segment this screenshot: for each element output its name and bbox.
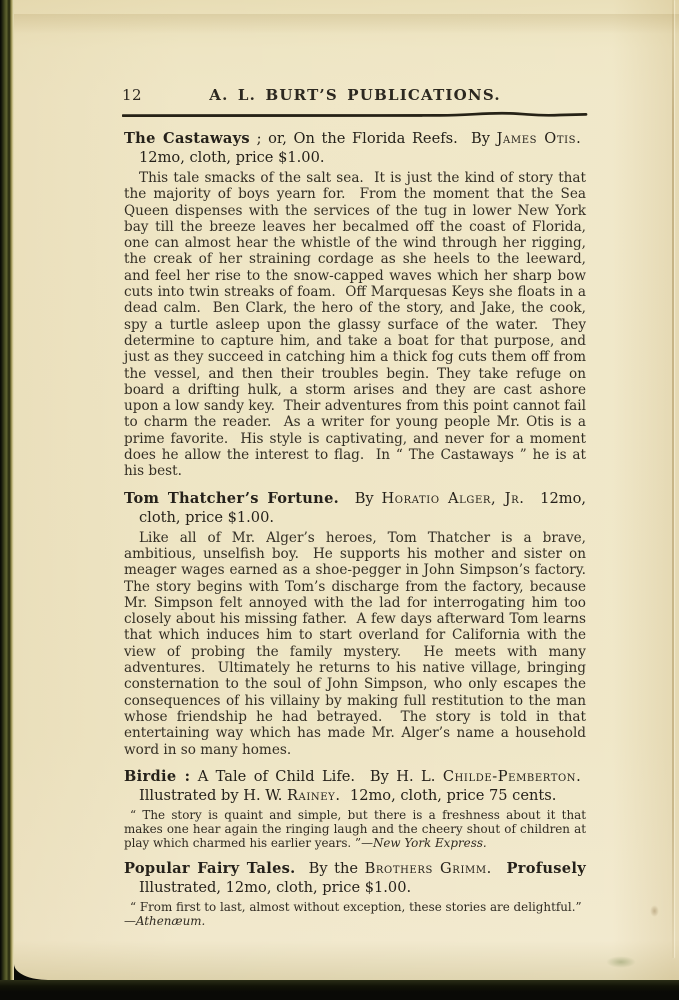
title-segment: Popular Fairy Tales. (124, 860, 296, 877)
title-segment: The Castaways (124, 130, 250, 147)
page-fold-line (672, 0, 674, 958)
title-segment: Profusely (492, 860, 586, 877)
title-segment: Illustrated, 12mo, cloth, price $1.00. (139, 879, 411, 896)
review-attribution: —New York Express. (361, 836, 487, 850)
title-segment: Tom Thatcher’s Fortune. (124, 490, 339, 507)
page-content: 12 A. L. BURT’S PUBLICATIONS. The Castaw… (124, 86, 586, 928)
title-segment: Rainey. (287, 787, 341, 804)
book-description: This tale smacks of the salt sea. It is … (124, 170, 586, 480)
title-segment: Horatio Alger, Jr. (381, 490, 524, 507)
book-title: Popular Fairy Tales. By the Brothers Gri… (124, 859, 586, 897)
review-quote: “ The story is quaint and simple, but th… (124, 808, 586, 850)
title-segment: ; or, On the Florida Reefs. By (250, 130, 497, 147)
title-segment: A Tale of Child Life. By H. L. (190, 768, 443, 785)
review-quote: “ From first to last, almost without exc… (124, 900, 586, 928)
book-entry: The Castaways ; or, On the Florida Reefs… (124, 129, 586, 480)
review-text: “ The story is quaint and simple, but th… (124, 808, 586, 850)
title-segment: By the (296, 860, 365, 877)
book-title: The Castaways ; or, On the Florida Reefs… (124, 129, 586, 167)
title-segment: Brothers Grimm. (365, 860, 492, 877)
header-rule (122, 110, 588, 120)
book-entries: The Castaways ; or, On the Florida Reefs… (124, 129, 586, 928)
title-segment: By (339, 490, 381, 507)
book-spine-edge (0, 0, 14, 1000)
book-title: Tom Thatcher’s Fortune. By Horatio Alger… (124, 489, 586, 527)
book-entry: Birdie : A Tale of Child Life. By H. L. … (124, 767, 586, 850)
book-title: Birdie : A Tale of Child Life. By H. L. … (124, 767, 586, 805)
page-header: 12 A. L. BURT’S PUBLICATIONS. (124, 86, 586, 107)
title-segment: James Otis. (497, 130, 582, 147)
title-segment: Childe-Pemberton. (443, 768, 582, 785)
page-number: 12 (122, 86, 142, 104)
publications-header: A. L. BURT’S PUBLICATIONS. (124, 86, 586, 104)
review-text: “ From first to last, almost without exc… (130, 900, 582, 914)
review-attribution: —Athenæum. (124, 914, 586, 928)
title-segment: Birdie : (124, 768, 190, 785)
title-segment: 12mo, cloth, price 75 cents. (341, 787, 557, 804)
book-entry: Popular Fairy Tales. By the Brothers Gri… (124, 859, 586, 928)
book-description: Like all of Mr. Alger’s heroes, Tom That… (124, 530, 586, 758)
stain-mark (606, 956, 636, 968)
book-entry: Tom Thatcher’s Fortune. By Horatio Alger… (124, 489, 586, 758)
stain-mark (650, 905, 659, 917)
page-bottom-edge (0, 980, 679, 1000)
